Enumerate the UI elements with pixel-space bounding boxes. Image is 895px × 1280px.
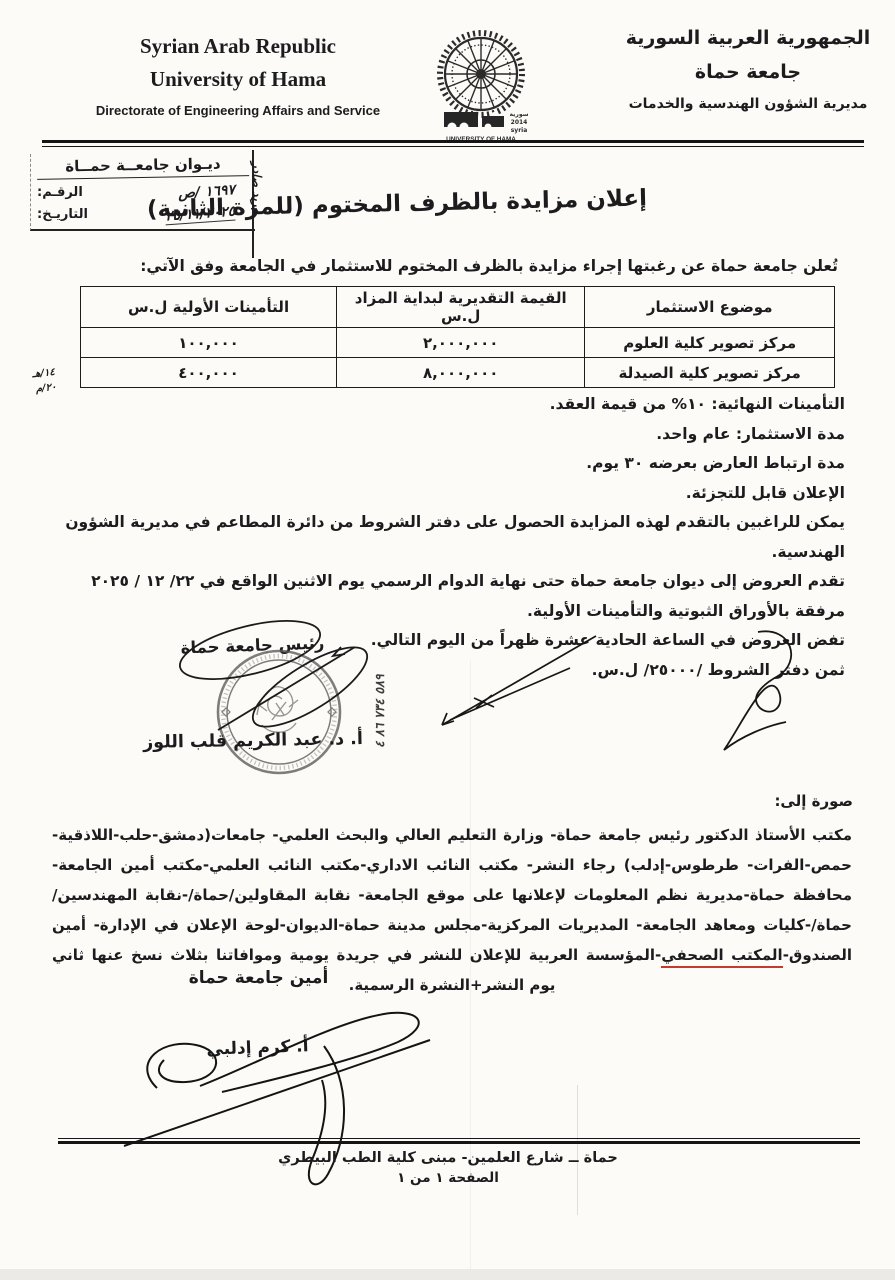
university-name-ar: جامعة حماة	[612, 61, 884, 83]
scanned-document-page: Syrian Arab Republic University of Hama …	[0, 0, 895, 1280]
margin-note-gregorian: ٢٠/م	[33, 380, 57, 397]
condition-line: يمكن للراغبين بالتقدم لهذه المزايدة الحص…	[57, 508, 845, 567]
cell-deposit: ٤٠٠,٠٠٠	[81, 358, 337, 388]
header-initial-deposit: التأمينات الأولية ل.س	[81, 287, 337, 328]
footer-address: حماة ــ شارع العلمين- مبنى كلية الطب الب…	[198, 1148, 698, 1169]
president-signature-strokes	[140, 612, 440, 802]
country-name-en: Syrian Arab Republic	[52, 30, 424, 63]
press-office-underlined: المكتب الصحفي	[661, 946, 782, 968]
handwritten-vertical-numbers: ٥٨٩ ٧٣٤ ٨٦ ٤	[372, 674, 387, 748]
logo-country-en: syria	[511, 127, 528, 134]
university-logo: UNIVERSITY OF HAMA سورية 2014 syria	[424, 24, 542, 154]
country-name-ar: الجمهورية العربية السورية	[612, 28, 884, 49]
header-subject: موضوع الاستثمار	[585, 287, 835, 328]
receipt-number-label: الرقـم:	[37, 185, 83, 200]
table-header-row: موضوع الاستثمار القيمة التقديرية لبداية …	[81, 287, 835, 328]
cell-subject: مركز تصوير كلية الصيدلة	[585, 358, 835, 388]
receipt-date-label: التاريـخ:	[37, 207, 88, 222]
condition-line: الإعلان قابل للتجزئة.	[57, 479, 845, 509]
footer: حماة ــ شارع العلمين- مبنى كلية الطب الب…	[198, 1148, 698, 1189]
directorate-name-en: Directorate of Engineering Affairs and S…	[52, 103, 424, 118]
cell-deposit: ١٠٠,٠٠٠	[81, 328, 337, 358]
logo-country-ar: سورية	[509, 111, 528, 118]
header-english: Syrian Arab Republic University of Hama …	[52, 30, 424, 118]
distribution-text: مكتب الأستاذ الدكتور رئيس جامعة حماة- وز…	[52, 826, 852, 964]
footer-divider	[58, 1138, 860, 1144]
copy-to-label: صورة إلى:	[774, 792, 853, 810]
cell-estimate: ٨,٠٠٠,٠٠٠	[337, 358, 585, 388]
paper-fold-line	[470, 660, 471, 1270]
investment-table: موضوع الاستثمار القيمة التقديرية لبداية …	[80, 286, 835, 388]
distribution-text-cont: -المؤسسة العربية للإعلان للنشر في جريدة …	[52, 946, 661, 994]
president-signature	[140, 612, 440, 806]
receipt-stamp-title: ديـوان جامعــة حمــاة	[37, 154, 249, 180]
waterwheel-icon: UNIVERSITY OF HAMA سورية 2014 syria	[424, 24, 542, 150]
header-divider	[42, 140, 864, 147]
footer-page-number: الصفحة ١ من ١	[198, 1169, 698, 1189]
directorate-name-ar: مديرية الشؤون الهندسية والخدمات	[612, 96, 884, 112]
right-signature	[700, 626, 805, 778]
center-signature	[428, 632, 603, 736]
scan-edge-shadow	[0, 1269, 895, 1280]
condition-line: التأمينات النهائية: ١٠% من قيمة العقد.	[57, 390, 845, 420]
document-title: إعلان مزايدة بالظرف المختوم (للمرة الثان…	[242, 185, 647, 220]
logo-year: 2014	[511, 119, 528, 126]
right-signature-strokes	[700, 626, 805, 774]
header-arabic: الجمهورية العربية السورية جامعة حماة مدي…	[612, 28, 884, 112]
cell-estimate: ٢,٠٠٠,٠٠٠	[337, 328, 585, 358]
header-estimated-value: القيمة التقديرية لبداية المزاد ل.س	[337, 287, 585, 328]
receipt-margin-notes: ١٤/هـ ٢٠/م	[31, 365, 57, 397]
table-row: مركز تصوير كلية العلوم ٢,٠٠٠,٠٠٠ ١٠٠,٠٠٠	[81, 328, 835, 358]
paper-fold-line	[577, 1085, 578, 1215]
condition-line: مدة ارتباط العارض بعرضه ٣٠ يوم.	[57, 449, 845, 479]
intro-sentence: تُعلن جامعة حماة عن رغبتها إجراء مزايدة …	[115, 257, 838, 275]
condition-line: مدة الاستثمار: عام واحد.	[57, 420, 845, 450]
university-name-en: University of Hama	[52, 63, 424, 96]
secretary-title: أمين جامعة حماة	[166, 968, 351, 988]
cell-subject: مركز تصوير كلية العلوم	[585, 328, 835, 358]
center-signature-strokes	[428, 632, 603, 732]
table-row: مركز تصوير كلية الصيدلة ٨,٠٠٠,٠٠٠ ٤٠٠,٠٠…	[81, 358, 835, 388]
